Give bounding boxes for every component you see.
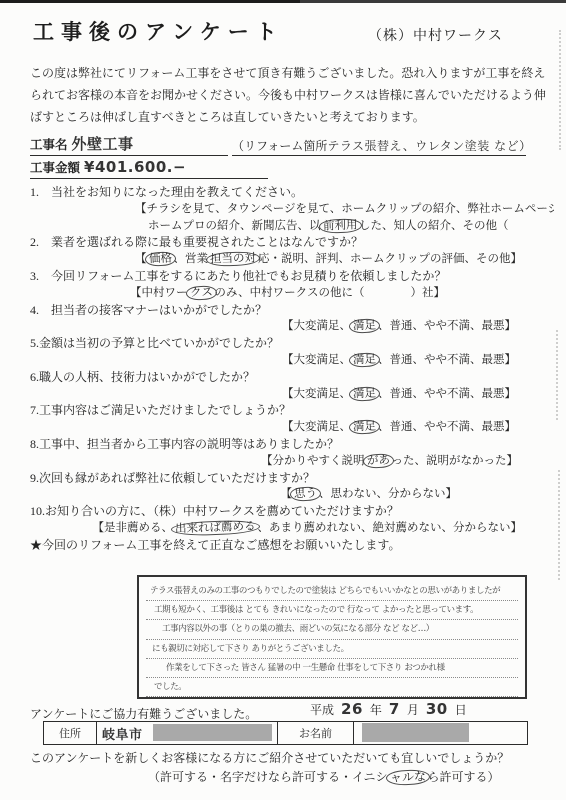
question-2: 2. 業者を選ばれる際に最も重要視されたことはなんですか？ 【価格、営業担当の対… [30,234,554,268]
question-8: 8.工事中、担当者から工事内容の説明等はありましたか？ 【分かりやすく説明があっ… [30,436,554,470]
day-value-handwritten: 30 [426,700,448,718]
question-10-options: 【是非薦める、出来れば薦める、あまり薦めれない、絶対薦めない、分からない】 [30,520,554,537]
option-text: った、説明がなかった】 [392,455,519,467]
scan-edge-artifact [558,470,562,580]
question-4-text: 4. 担当者の接客マナーはいかがでしたか？ [30,302,554,319]
option-text: 【是非薦める、 [93,522,174,534]
free-comment-box: テラス張替えのみの工事のつもりでしたので塗装は どちらでもいいかなとの思いがあり… [137,575,527,699]
circled-answer: 満足 [349,386,380,401]
option-text: ホームプロの紹介、新聞広告、以 [148,220,321,232]
intro-line: この度は弊社にてリフォーム工事をさせて頂き有難うございました。恐れ入りますが工事… [30,62,546,84]
scan-edge-artifact [556,330,560,420]
option-text: ら許可する） [428,770,500,784]
option-text: のみ、中村ワークスの他に（ ）社】 [214,287,445,299]
option-text: 【中村ワー [130,287,188,299]
question-3: 3. 今回リフォーム工事をするにあたり他社でもお見積りを依頼しましたか？ 【中村… [30,268,554,302]
company-name: （株）中村ワークス [368,25,503,45]
option-text: 【分かりやすく説明 [261,455,365,467]
intro-line: られてお客様の本音をお聞かせください。今後も中村ワークスは皆様に喜んでいただける… [30,84,546,106]
question-7-text: 7.工事内容はご満足いただけましたでしょうか？ [30,402,554,419]
day-unit: 日 [455,701,467,718]
question-8-options: 【分かりやすく説明があった、説明がなかった】 [30,453,554,470]
permission-question: このアンケートを新しくお客様になる方にご紹介させていただいても宜しいでしょうか？ [30,749,509,766]
question-9-text: 9.次回も縁があれば弊社に依頼していただけますか？ [30,470,554,487]
circled-answer: クス [185,285,216,300]
option-text: 、営業 [174,253,209,265]
year-unit: 年 [370,701,382,718]
question-7: 7.工事内容はご満足いただけましたでしょうか？ 【大変満足、満足、普通、やや不満… [30,402,554,436]
question-8-text: 8.工事中、担当者から工事内容の説明等はありましたか？ [30,436,554,453]
option-text: 、普通、やや不満、最悪】 [378,421,516,433]
question-5-options: 【大変満足、満足、普通、やや不満、最悪】 [30,352,554,369]
month-value-handwritten: 7 [389,700,400,718]
question-1-options-line-2: ホームプロの紹介、新聞広告、以前利用した、知人の紹介、その他（ ）】 [30,218,554,235]
intro-paragraph: この度は弊社にてリフォーム工事をさせて頂き有難うございました。恐れ入りますが工事… [30,62,546,128]
option-text: 、普通、やや不満、最悪】 [378,354,516,366]
circled-answer: があ [362,453,393,468]
question-2-options: 【価格、営業担当の対応・説明、評判、ホームクリップの評価、その他】 [30,251,554,268]
question-2-text: 2. 業者を選ばれる際に最も重要視されたことはなんですか？ [30,234,554,251]
comment-line: テラス張替えのみの工事のつもりでしたので塗装は どちらでもいいかなとの思いがあり… [146,582,518,601]
question-7-options: 【大変満足、満足、普通、やや不満、最悪】 [30,419,554,436]
page-title: 工事後のアンケート [33,16,284,46]
construction-amount-value-handwritten: ¥401.600.− [84,158,186,176]
construction-name-label: 工事名 [30,138,68,152]
circled-answer: 思う [290,487,321,502]
name-label: お名前 [278,722,354,744]
question-9-options: 【思う、思わない、分からない】 [30,486,554,503]
question-6: 6.職人の人柄、技術力はいかがでしたか？ 【大変満足、満足、普通、やや不満、最悪… [30,369,554,403]
construction-name-field: 工事名 外壁工事 （リフォーム箇所テラス張替え、ウレタン塗装 など） [30,133,526,156]
question-1-text: 1. 当社をお知りになった理由を教えてください。 [30,184,554,201]
intro-line: ばすところは伸ばし直すべきところは直していきたいと考えております。 [30,106,546,128]
option-text: 【大変満足、 [282,421,351,433]
free-comment-prompt: ★今回のリフォーム工事を終えて正直なご感想をお願いいたします。 [30,537,554,554]
option-text: （許可する・名字だけなら許可する・イニシ [148,770,388,784]
address-label: 住所 [44,722,97,744]
circled-answer: 満足 [349,319,380,334]
question-3-options: 【中村ワークスのみ、中村ワークスの他に（ ）社】 [30,285,554,302]
option-text: 、普通、やや不満、最悪】 [378,320,516,332]
question-5: 5.金額は当初の予算と比べていかがでしたか？ 【大変満足、満足、普通、やや不満、… [30,335,554,369]
circled-answer: 前利用 [318,218,361,234]
scan-edge-artifact [559,30,563,150]
question-3-text: 3. 今回リフォーム工事をするにあたり他社でもお見積りを依頼しましたか？ [30,268,554,285]
construction-name-value-handwritten: 外壁工事 [72,135,134,153]
address-redaction-box [153,724,272,741]
option-text: 応・説明、評判、ホームクリップの評価、その他】 [258,253,522,265]
thanks-message: アンケートにご協力有難うございました。 [30,705,257,722]
reform-location-prefix: （リフォーム箇所 [232,139,327,153]
month-unit: 月 [407,701,419,718]
circled-answer: 満足 [349,420,380,435]
question-6-text: 6.職人の人柄、技術力はいかがでしたか？ [30,369,554,386]
circled-answer: 価格 [144,252,175,267]
year-value-handwritten: 26 [341,700,363,718]
option-text: 、あまり薦めれない、絶対薦めない、分からない】 [258,522,523,534]
circled-answer: 出来れば薦める [171,520,260,537]
comment-line: でした。 [146,678,518,697]
comment-line: 工事内容以外の事（とりの巣の撤去、雨どいの気になる部分 など など…） [146,620,518,639]
question-4-options: 【大変満足、満足、普通、やや不満、最悪】 [30,318,554,335]
name-redaction-box [362,723,469,742]
address-value-cell: 岐阜市 [97,722,278,744]
option-text: 【大変満足、 [282,354,351,366]
construction-amount-label: 工事金額 [30,161,80,175]
comment-line: にも親切に対応して下さり ありがとうございました。 [146,640,518,659]
survey-date: 平成 26 年 7 月 30 日 [310,700,467,718]
name-value-cell [354,722,526,744]
circled-answer: 担当の対 [206,251,260,267]
scanned-survey-page: 工事後のアンケート （株）中村ワークス この度は弊社にてリフォーム工事をさせて頂… [0,0,566,800]
option-text: 、普通、やや不満、最悪】 [378,388,516,400]
scan-edge-artifact [0,0,566,3]
comment-line: 工期も短かく、工事後は とても きれいになったので 行なって よかったと思ってい… [146,601,518,620]
question-6-options: 【大変満足、満足、普通、やや不満、最悪】 [30,386,554,403]
question-10-text: 10.お知り合いの方に、（株）中村ワークスを薦めていただけますか？ [30,503,554,520]
question-1-options-line-1: 【チラシを見て、タウンページを見て、ホームクリップの紹介、弊社ホームページ [30,201,554,218]
question-list: 1. 当社をお知りになった理由を教えてください。 【チラシを見て、タウンページを… [30,184,554,554]
reform-location-handwritten: テラス張替え、ウレタン塗装 など [327,139,519,153]
question-10: 10.お知り合いの方に、（株）中村ワークスを薦めていただけますか？ 【是非薦める… [30,503,554,537]
era-label: 平成 [310,701,334,718]
option-text: した、知人の紹介、その他（ ）】 [359,220,554,232]
permission-options: （許可する・名字だけなら許可する・イニシャルなら許可する） [148,768,500,785]
reform-location-suffix: ） [519,139,531,153]
comment-line: 作業をして下さった 皆さん 猛暑の中 一生懸命 仕事をして下さり おつかれ様 [146,659,518,678]
option-text: 、思わない、分からない】 [319,488,457,500]
option-text: 【大変満足、 [282,320,351,332]
address-city-handwritten: 岐阜市 [102,724,143,743]
question-9: 9.次回も縁があれば弊社に依頼していただけますか？ 【思う、思わない、分からない… [30,470,554,504]
construction-amount-field: 工事金額 ¥401.600.− [30,158,268,179]
circled-answer: ャルな [385,769,429,785]
option-text: 【チラシを見て、タウンページを見て、ホームクリップの紹介、弊社ホームページ [135,203,554,215]
address-name-table: 住所 岐阜市 お名前 [43,721,528,745]
question-5-text: 5.金額は当初の予算と比べていかがでしたか？ [30,335,554,352]
question-4: 4. 担当者の接客マナーはいかがでしたか？ 【大変満足、満足、普通、やや不満、最… [30,302,554,336]
question-1: 1. 当社をお知りになった理由を教えてください。 【チラシを見て、タウンページを… [30,184,554,234]
option-text: 【大変満足、 [282,388,351,400]
circled-answer: 満足 [349,352,380,367]
